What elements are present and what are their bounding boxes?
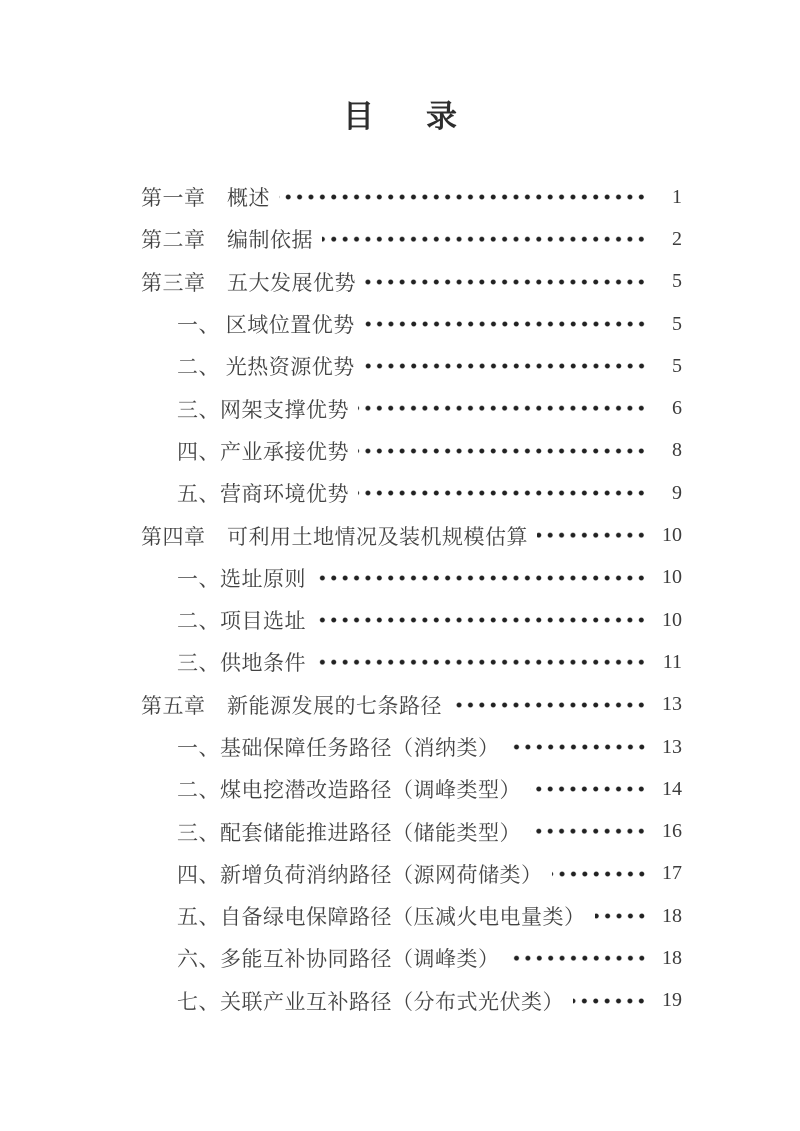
dot-leader bbox=[365, 261, 647, 303]
dot-leader bbox=[509, 726, 648, 768]
toc-entry-label: 第四章 可利用土地情况及装机规模估算 bbox=[141, 521, 528, 551]
toc-entry: 二、项目选址 10 bbox=[141, 599, 682, 641]
toc-entry-page-number: 10 bbox=[655, 609, 682, 632]
toc-entry-page-number: 9 bbox=[655, 482, 682, 505]
toc-entry-label: 三、供地条件 bbox=[177, 647, 306, 677]
toc-entry-page-number: 2 bbox=[655, 228, 682, 251]
toc-entry: 四、新增负荷消纳路径（源网荷储类） 17 bbox=[141, 853, 682, 895]
toc-entry: 三、网架支撑优势 6 bbox=[141, 387, 682, 429]
toc-entry: 三、供地条件 11 bbox=[141, 641, 682, 683]
toc-entry-label: 二、煤电挖潜改造路径（调峰类型） bbox=[177, 774, 521, 804]
toc-entry-page-number: 5 bbox=[655, 355, 682, 378]
dot-leader bbox=[279, 176, 647, 218]
toc-entry-label: 二、 光热资源优势 bbox=[177, 351, 355, 381]
toc-entry-label: 一、 区域位置优势 bbox=[177, 309, 355, 339]
dot-leader bbox=[573, 980, 647, 1022]
toc-entry-label: 三、配套储能推进路径（储能类型） bbox=[177, 817, 521, 847]
toc-entry: 五、营商环境优势 9 bbox=[141, 472, 682, 514]
dot-leader bbox=[315, 641, 647, 683]
toc-entry-label: 一、选址原则 bbox=[177, 563, 306, 593]
toc-entry: 二、煤电挖潜改造路径（调峰类型） 14 bbox=[141, 768, 682, 810]
dot-leader bbox=[509, 937, 648, 979]
toc-entry: 第五章 新能源发展的七条路径 13 bbox=[141, 684, 682, 726]
page-title-char-2: 录 bbox=[426, 97, 457, 137]
toc-entry: 五、自备绿电保障路径（压减火电电量类） 18 bbox=[141, 895, 682, 937]
toc-entry: 七、关联产业互补路径（分布式光伏类） 19 bbox=[141, 980, 682, 1022]
dot-leader bbox=[552, 853, 648, 895]
toc-entry-label: 四、新增负荷消纳路径（源网荷储类） bbox=[177, 859, 543, 889]
toc-entry: 一、基础保障任务路径（消纳类） 13 bbox=[141, 726, 682, 768]
toc-entry-page-number: 17 bbox=[655, 862, 682, 885]
toc-entry-page-number: 18 bbox=[655, 947, 682, 970]
toc-entry: 四、产业承接优势 8 bbox=[141, 430, 682, 472]
toc-entry-page-number: 1 bbox=[655, 186, 682, 209]
toc-entry: 一、 区域位置优势 5 bbox=[141, 303, 682, 345]
dot-leader bbox=[364, 345, 647, 387]
document-page: 目 录 第一章 概述 1 第二章 编制依据 2 第三章 五大发展优势 5 一、 … bbox=[0, 0, 800, 1131]
toc-entry-page-number: 16 bbox=[655, 820, 682, 843]
toc-entry-label: 二、项目选址 bbox=[177, 605, 306, 635]
toc-entry-label: 第一章 概述 bbox=[141, 182, 270, 212]
page-title-char-1: 目 bbox=[343, 97, 374, 137]
dot-leader bbox=[451, 684, 647, 726]
dot-leader bbox=[364, 303, 647, 345]
toc-entry-label: 一、基础保障任务路径（消纳类） bbox=[177, 732, 500, 762]
toc-entry-page-number: 8 bbox=[655, 439, 682, 462]
toc-entry-page-number: 5 bbox=[655, 313, 682, 336]
toc-entry-label: 五、自备绿电保障路径（压减火电电量类） bbox=[177, 901, 586, 931]
dot-leader bbox=[595, 895, 648, 937]
toc-entry-page-number: 14 bbox=[655, 778, 682, 801]
toc-entry: 六、多能互补协同路径（调峰类） 18 bbox=[141, 937, 682, 979]
toc-entry-label: 第五章 新能源发展的七条路径 bbox=[141, 690, 442, 720]
toc-entry-page-number: 13 bbox=[655, 736, 682, 759]
toc-entry-page-number: 10 bbox=[655, 524, 682, 547]
toc-entry-label: 三、网架支撑优势 bbox=[177, 394, 349, 424]
toc-entry: 一、选址原则 10 bbox=[141, 557, 682, 599]
toc-entry-page-number: 6 bbox=[655, 397, 682, 420]
toc-entry-label: 七、关联产业互补路径（分布式光伏类） bbox=[177, 986, 564, 1016]
toc-entry-label: 第二章 编制依据 bbox=[141, 224, 313, 254]
toc-list: 第一章 概述 1 第二章 编制依据 2 第三章 五大发展优势 5 一、 区域位置… bbox=[141, 176, 682, 1022]
toc-entry: 第三章 五大发展优势 5 bbox=[141, 261, 682, 303]
dot-leader bbox=[358, 387, 647, 429]
dot-leader bbox=[315, 557, 647, 599]
toc-entry-label: 第三章 五大发展优势 bbox=[141, 267, 356, 297]
dot-leader bbox=[537, 514, 647, 556]
page-title: 目 录 bbox=[0, 97, 800, 137]
dot-leader bbox=[358, 430, 647, 472]
toc-entry-page-number: 11 bbox=[655, 651, 682, 674]
dot-leader bbox=[322, 218, 647, 260]
toc-entry-page-number: 10 bbox=[655, 566, 682, 589]
toc-entry: 三、配套储能推进路径（储能类型） 16 bbox=[141, 810, 682, 852]
toc-entry-label: 六、多能互补协同路径（调峰类） bbox=[177, 943, 500, 973]
dot-leader bbox=[358, 472, 647, 514]
toc-entry-page-number: 5 bbox=[655, 270, 682, 293]
toc-entry: 二、 光热资源优势 5 bbox=[141, 345, 682, 387]
toc-entry-label: 五、营商环境优势 bbox=[177, 478, 349, 508]
toc-entry: 第四章 可利用土地情况及装机规模估算 10 bbox=[141, 514, 682, 556]
toc-entry-label: 四、产业承接优势 bbox=[177, 436, 349, 466]
dot-leader bbox=[530, 768, 647, 810]
dot-leader bbox=[315, 599, 647, 641]
toc-entry-page-number: 18 bbox=[655, 905, 682, 928]
toc-entry-page-number: 19 bbox=[655, 989, 682, 1012]
toc-entry-page-number: 13 bbox=[655, 693, 682, 716]
toc-entry: 第一章 概述 1 bbox=[141, 176, 682, 218]
dot-leader bbox=[530, 810, 647, 852]
toc-entry: 第二章 编制依据 2 bbox=[141, 218, 682, 260]
